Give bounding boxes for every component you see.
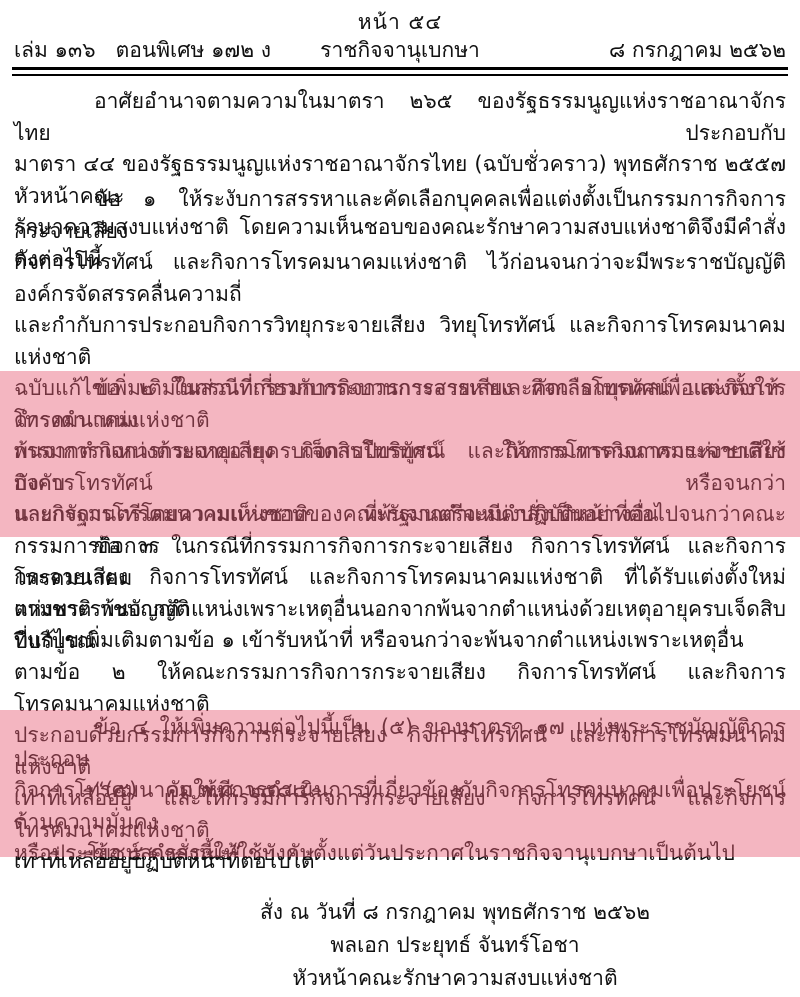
clause-3-line: แห่งชาติ พ้นจากตำแหน่งเพราะเหตุอื่นนอกจา… xyxy=(14,594,786,657)
clause-5-paragraph: ข้อ ๕ คำสั่งนี้ให้ใช้บังคับตั้งแต่วันประ… xyxy=(14,838,786,870)
clause-3-line: ข้อ ๓ ในกรณีที่กรรมการกิจการกระจายเสียง … xyxy=(14,531,786,594)
clause-1-line: ข้อ ๑ ให้ระงับการสรรหาและคัดเลือกบุคคลเพ… xyxy=(14,184,786,247)
signer-name: พลเอก ประยุทธ์ จันทร์โอชา xyxy=(110,929,800,962)
clause-1-line: และกำกับการประกอบกิจการวิทยุกระจายเสียง … xyxy=(14,310,786,373)
order-date-line: สั่ง ณ วันที่ ๘ กรกฎาคม พุทธศักราช ๒๕๖๒ xyxy=(110,896,800,929)
clause-5-line: ข้อ ๕ คำสั่งนี้ให้ใช้บังคับตั้งแต่วันประ… xyxy=(14,838,786,870)
clause-4-line: ข้อ ๔ ให้เพิ่มความต่อไปนี้เป็น (๕) ของมา… xyxy=(14,712,786,775)
preamble-line: อาศัยอำนาจตามความในมาตรา ๒๖๕ ของรัฐธรรมน… xyxy=(14,86,786,149)
publication-date: ๘ กรกฎาคม ๒๕๖๒ xyxy=(609,36,786,64)
gazette-page: หน้า ๕๔ เล่ม ๑๓๖ ตอนพิเศษ ๑๗๒ ง ราชกิจจา… xyxy=(0,0,800,997)
clause-3-line: ตามข้อ ๒ ให้คณะกรรมการกิจการกระจายเสียง … xyxy=(14,657,786,720)
clause-2-line: พ้นจากตำแหน่งด้วยเหตุอายุครบเจ็ดสิบปีบริ… xyxy=(14,436,786,499)
clause-4-quote-line: “(๕) จัดให้มีการดำเนินการที่เกี่ยวข้องกั… xyxy=(14,775,786,838)
signer-title: หัวหน้าคณะรักษาความสงบแห่งชาติ xyxy=(110,962,800,995)
clause-1-line: กิจการโทรทัศน์ และกิจการโทรคมนาคมแห่งชาต… xyxy=(14,247,786,310)
gazette-header: เล่ม ๑๓๖ ตอนพิเศษ ๑๗๒ ง ราชกิจจานุเบกษา … xyxy=(14,36,786,64)
page-number: หน้า ๕๔ xyxy=(0,8,800,36)
page-number-label: หน้า ๕๔ xyxy=(358,10,442,34)
signature-block: สั่ง ณ วันที่ ๘ กรกฎาคม พุทธศักราช ๒๕๖๒ … xyxy=(110,896,800,995)
clause-2-line: ข้อ ๒ ในกรณีที่กรรมการกิจการกระจายเสียง … xyxy=(14,373,786,436)
header-divider-rule xyxy=(12,67,788,76)
